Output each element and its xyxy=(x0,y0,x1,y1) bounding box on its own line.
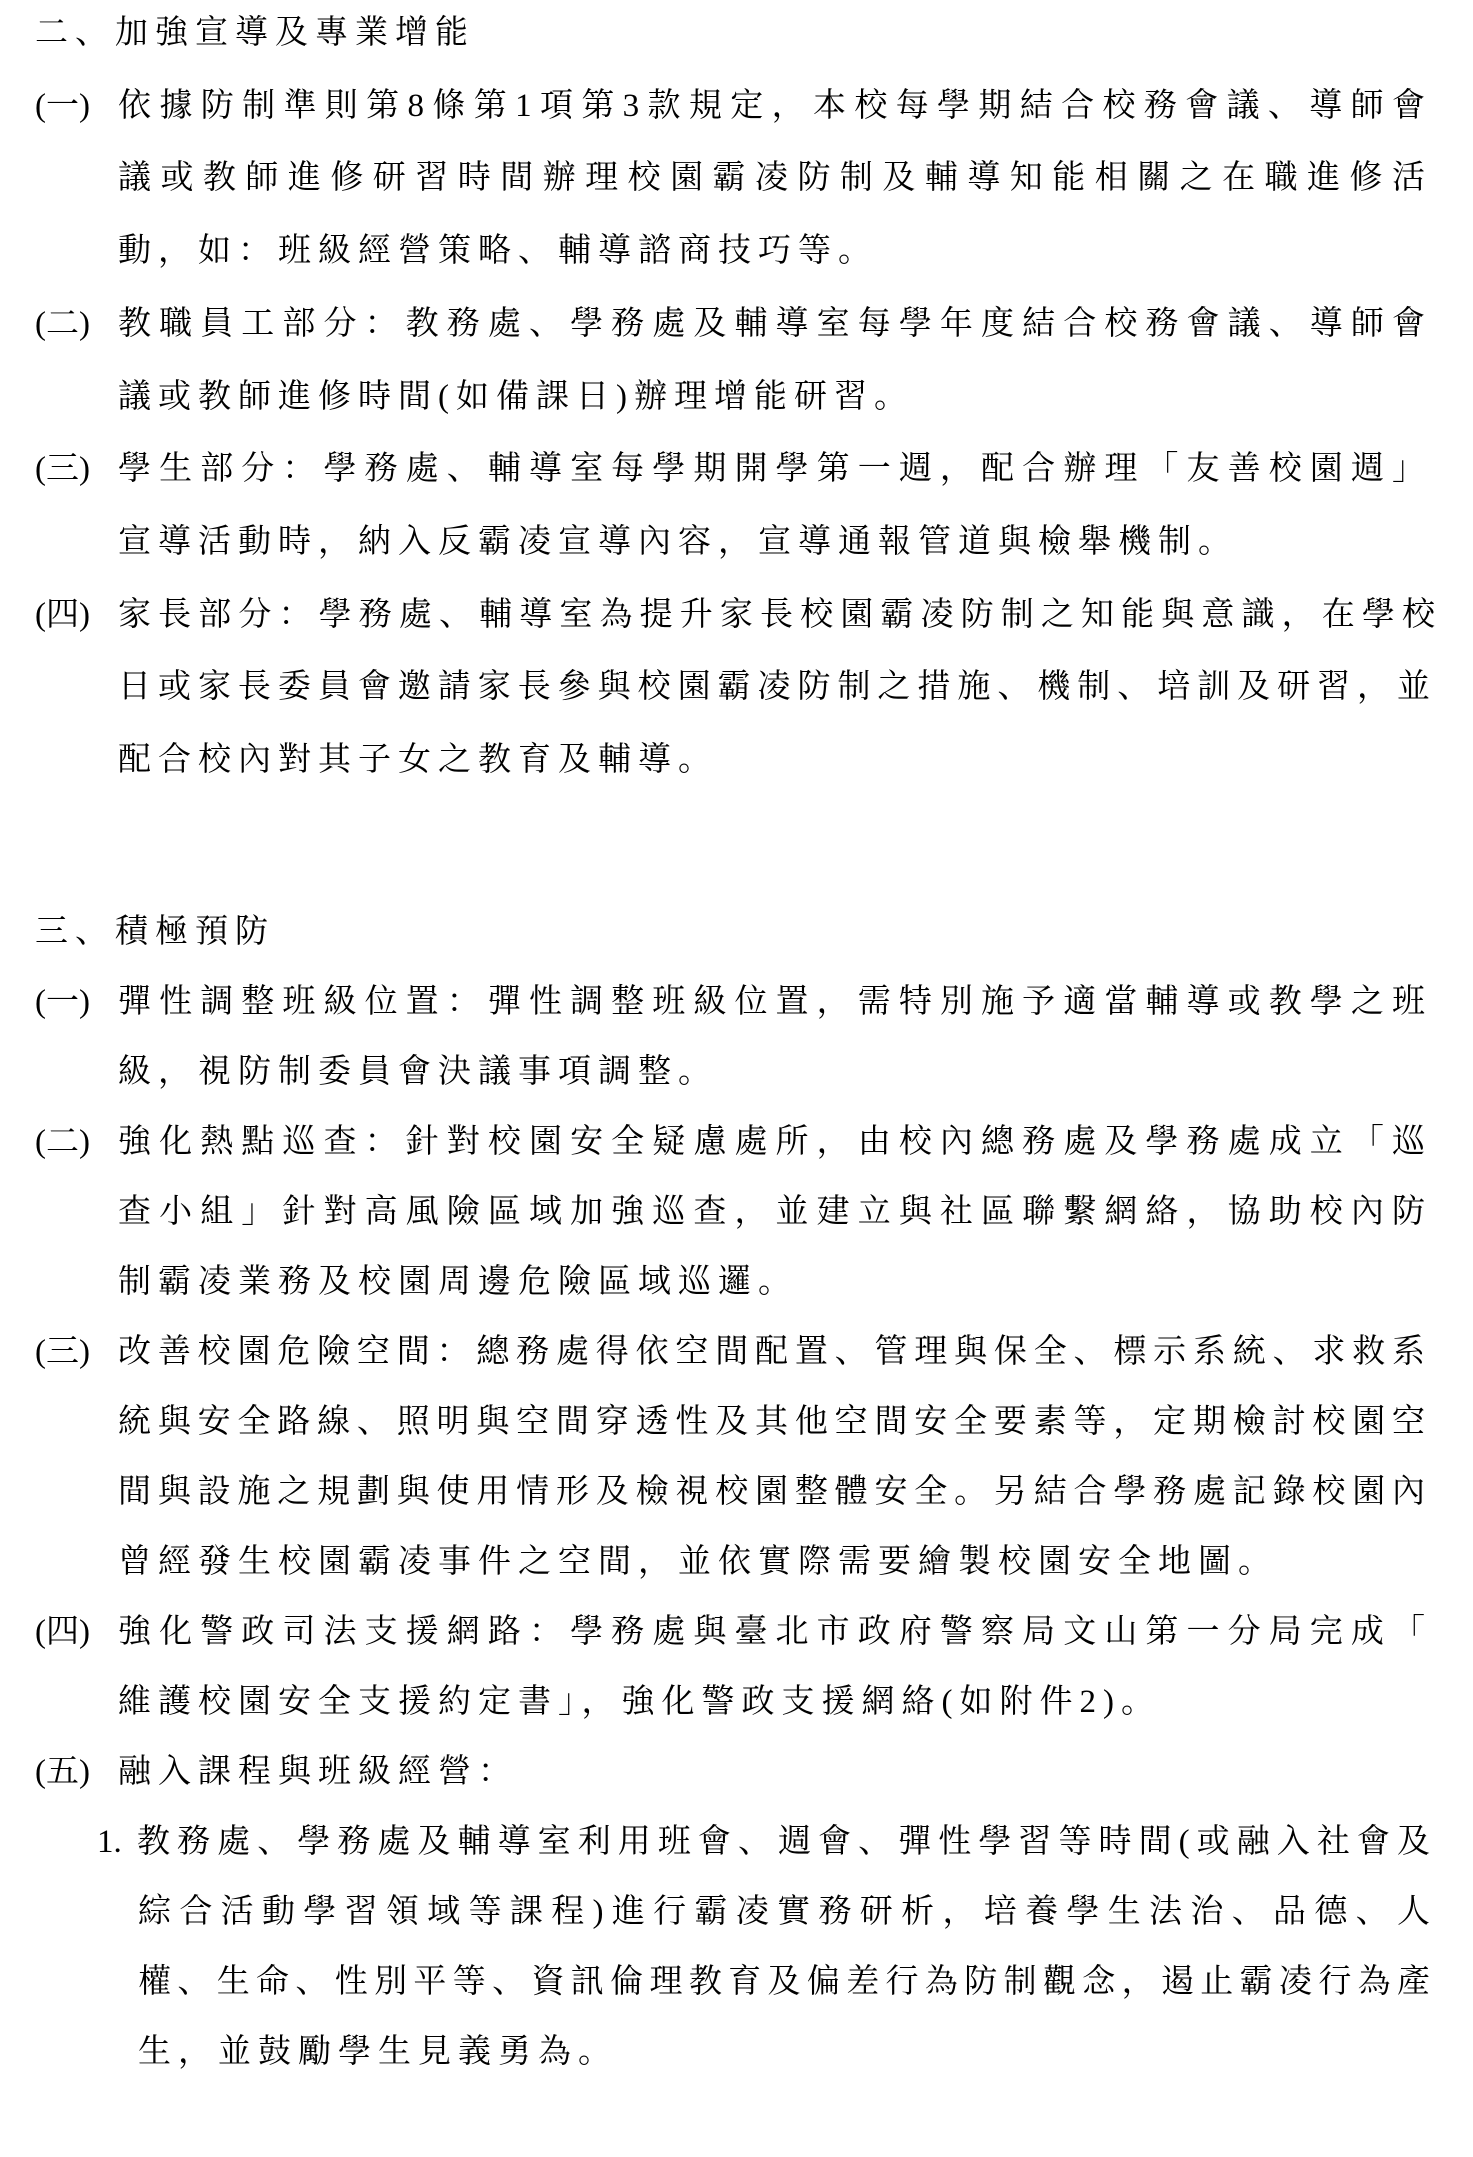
list-item: (一) 彈性調整班級位置：彈性調整班級位置，需特別施予適當輔導或教學之班 xyxy=(35,980,1425,1024)
sub-item-marker: 1. xyxy=(97,1820,122,1864)
item-text-continuation: 議或教師進修時間(如備課日)辦理增能研習。 xyxy=(118,375,914,419)
item-text-continuation: 間與設施之規劃與使用情形及檢視校園整體安全。另結合學務處記錄校園內 xyxy=(118,1470,1425,1514)
item-marker: (三) xyxy=(35,1330,90,1374)
item-text-continuation: 配合校內對其子女之教育及輔導。 xyxy=(118,738,718,782)
item-text: 彈性調整班級位置：彈性調整班級位置，需特別施予適當輔導或教學之班 xyxy=(118,980,1425,1024)
sub-item-text-continuation: 綜合活動學習領域等課程)進行霸凌實務研析，培養學生法治、品德、人 xyxy=(138,1890,1430,1934)
list-item: (一) 依據防制準則第8條第1項第3款規定，本校每學期結合校務會議、導師會 xyxy=(35,84,1425,128)
item-text-continuation: 級，視防制委員會決議事項調整。 xyxy=(118,1050,718,1094)
item-text: 強化熱點巡查：針對校園安全疑慮處所，由校內總務處及學務處成立「巡 xyxy=(118,1120,1425,1164)
item-text-continuation: 維護校園安全支援約定書」，強化警政支援網絡(如附件2)。 xyxy=(118,1680,1161,1724)
item-text-continuation: 動，如：班級經營策略、輔導諮商技巧等。 xyxy=(118,229,878,273)
list-item: (四) 強化警政司法支援網路：學務處與臺北市政府警察局文山第一分局完成「 xyxy=(35,1610,1425,1654)
item-text: 家長部分：學務處、輔導室為提升家長校園霸凌防制之知能與意識，在學校 xyxy=(118,593,1435,637)
item-text-continuation: 查小組」針對高風險區域加強巡查，並建立與社區聯繫網絡，協助校內防 xyxy=(118,1190,1425,1234)
item-text-continuation: 曾經發生校園霸凌事件之空間，並依實際需要繪製校園安全地圖。 xyxy=(118,1540,1278,1584)
list-item: (三) 學生部分：學務處、輔導室每學期開學第一週，配合辦理「友善校園週」 xyxy=(35,447,1425,491)
item-text: 改善校園危險空間：總務處得依空間配置、管理與保全、標示系統、求救系 xyxy=(118,1330,1425,1374)
item-text: 學生部分：學務處、輔導室每學期開學第一週，配合辦理「友善校園週」 xyxy=(118,447,1425,491)
list-item: (五) 融入課程與班級經營： xyxy=(35,1750,635,1794)
item-marker: (二) xyxy=(35,302,90,346)
item-marker: (二) xyxy=(35,1120,90,1164)
item-text-continuation: 統與安全路線、照明與空間穿透性及其他空間安全要素等，定期檢討校園空 xyxy=(118,1400,1425,1444)
item-marker: (五) xyxy=(35,1750,90,1794)
item-marker: (三) xyxy=(35,447,90,491)
sub-item-text-continuation: 生，並鼓勵學生見義勇為。 xyxy=(138,2030,618,2074)
item-text: 教職員工部分：教務處、學務處及輔導室每學年度結合校務會議、導師會 xyxy=(118,302,1425,346)
item-text-continuation: 制霸凌業務及校園周邊危險區域巡邏。 xyxy=(118,1260,798,1304)
sub-item-text: 教務處、學務處及輔導室利用班會、週會、彈性學習等時間(或融入社會及 xyxy=(137,1820,1430,1864)
item-text: 依據防制準則第8條第1項第3款規定，本校每學期結合校務會議、導師會 xyxy=(118,84,1425,128)
item-text-continuation: 宣導活動時，納入反霸凌宣導內容，宣導通報管道與檢舉機制。 xyxy=(118,520,1238,564)
item-marker: (四) xyxy=(35,1610,90,1654)
list-item: (二) 強化熱點巡查：針對校園安全疑慮處所，由校內總務處及學務處成立「巡 xyxy=(35,1120,1425,1164)
item-marker: (一) xyxy=(35,980,90,1024)
item-marker: (一) xyxy=(35,84,90,128)
item-text: 融入課程與班級經營： xyxy=(118,1750,635,1794)
item-marker: (四) xyxy=(35,593,90,637)
sub-list-item: 1. 教務處、學務處及輔導室利用班會、週會、彈性學習等時間(或融入社會及 xyxy=(97,1820,1430,1864)
section-heading: 二、加強宣導及專業增能 xyxy=(35,11,475,55)
list-item: (四) 家長部分：學務處、輔導室為提升家長校園霸凌防制之知能與意識，在學校 xyxy=(35,593,1435,637)
item-text: 強化警政司法支援網路：學務處與臺北市政府警察局文山第一分局完成「 xyxy=(118,1610,1425,1654)
sub-item-text-continuation: 權、生命、性別平等、資訊倫理教育及偏差行為防制觀念，遏止霸凌行為產 xyxy=(138,1960,1430,2004)
item-text-continuation: 日或家長委員會邀請家長參與校園霸凌防制之措施、機制、培訓及研習，並 xyxy=(118,665,1430,709)
list-item: (三) 改善校園危險空間：總務處得依空間配置、管理與保全、標示系統、求救系 xyxy=(35,1330,1425,1374)
item-text-continuation: 議或教師進修研習時間辦理校園霸凌防制及輔導知能相關之在職進修活 xyxy=(118,156,1425,200)
list-item: (二) 教職員工部分：教務處、學務處及輔導室每學年度結合校務會議、導師會 xyxy=(35,302,1425,346)
section-heading: 三、積極預防 xyxy=(35,910,275,954)
